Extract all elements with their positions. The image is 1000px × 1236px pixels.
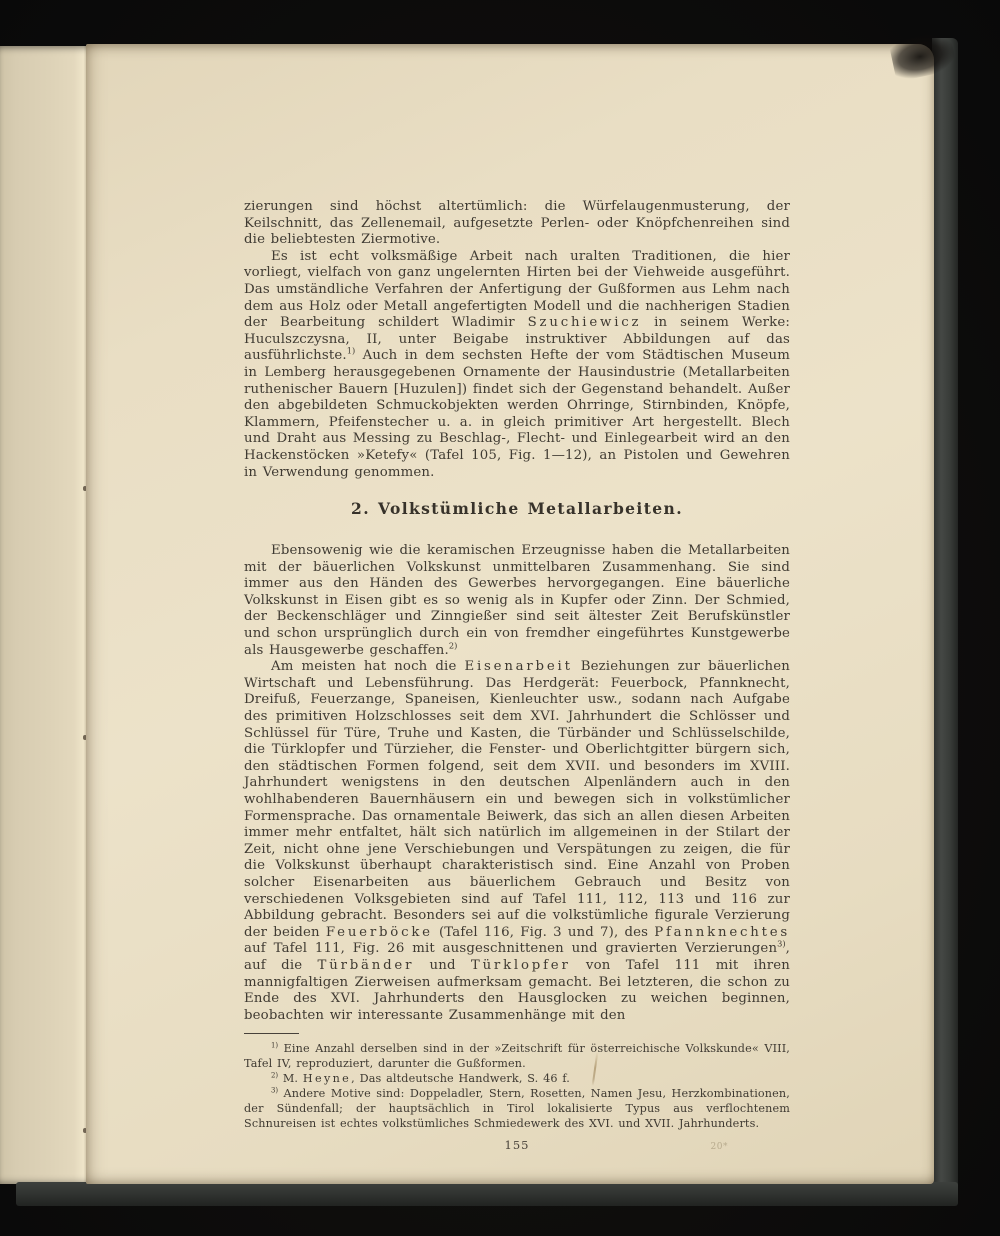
printer-signature-mark: 20* — [711, 1139, 728, 1156]
footnote-marker: 1) — [347, 346, 355, 356]
footnote-marker: 2) — [449, 640, 457, 650]
text-block: zierungen sind höchst altertümlich: die … — [244, 199, 790, 1155]
paragraph: Es ist echt volksmäßige Arbeit nach ural… — [244, 249, 790, 481]
paragraph: 2) M. Heyne, Das altdeutsche Handwerk, S… — [244, 1071, 790, 1086]
facing-page-edge — [0, 46, 88, 1184]
book-cover-right-edge — [932, 38, 958, 1206]
book-photo-background: zierungen sind höchst altertümlich: die … — [0, 0, 1000, 1236]
section-heading: 2. Volkstümliche Metallarbeiten. — [244, 499, 790, 519]
paragraph: 3) Andere Motive sind: Doppeladler, Ster… — [244, 1086, 790, 1131]
paragraphs-after-heading: Ebensowenig wie die keramischen Erzeugni… — [244, 543, 790, 1024]
page-number: 155 — [244, 1137, 790, 1154]
book-page: zierungen sind höchst altertümlich: die … — [86, 44, 934, 1184]
paragraph: Ebensowenig wie die keramischen Erzeugni… — [244, 543, 790, 659]
paragraph: Am meisten hat noch die Eisenarbeit Bezi… — [244, 659, 790, 1024]
footnote-separator — [244, 1033, 299, 1034]
paragraph: zierungen sind höchst altertümlich: die … — [244, 199, 790, 249]
footnote-marker: 3) — [777, 939, 785, 949]
book-cover-bottom-edge — [16, 1182, 958, 1206]
paragraph: 1) Eine Anzahl derselben sind in der »Ze… — [244, 1041, 790, 1071]
paragraphs-before-heading: zierungen sind höchst altertümlich: die … — [244, 199, 790, 481]
page-footer: 155 20* — [244, 1137, 790, 1155]
footnotes: 1) Eine Anzahl derselben sind in der »Ze… — [244, 1041, 790, 1131]
